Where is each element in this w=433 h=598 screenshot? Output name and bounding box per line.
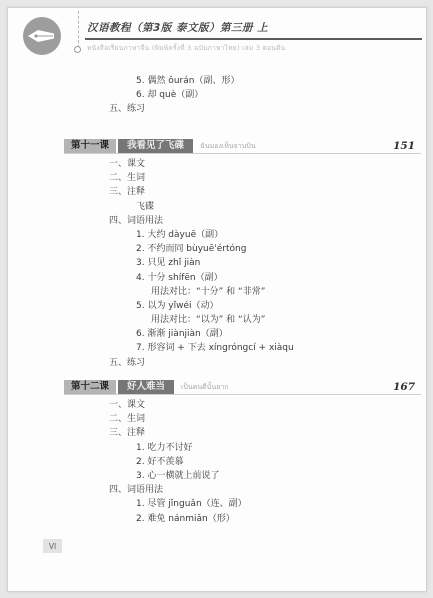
toc-item: 二、生词 [64, 171, 421, 185]
toc-item: 三、注释 [64, 185, 421, 199]
toc-item: 5. 偶然 ǒurán（副、形） [64, 74, 421, 88]
toc-item: 1. 吃力不讨好 [64, 441, 421, 455]
book-title-thai: หนังสือเรียนภาษาจีน (พิมพ์ครั้งที่ 3 ฉบั… [87, 43, 285, 53]
lesson-page-number: 151 [393, 139, 415, 153]
toc-item: 1. 尽管 jǐnguǎn（连、副） [64, 497, 421, 511]
publisher-logo [23, 17, 61, 55]
lesson-title-badge: 好人难当 [118, 380, 174, 394]
toc-item: 三、注释 [64, 426, 421, 440]
toc-item: 7. 形容词 + 下去 xíngróngcí + xiàqu [64, 341, 421, 355]
toc-item: 用法对比：“以为” 和 “认为” [64, 313, 421, 327]
book-title: 汉语教程（第3版 泰文版）第三册 上 [87, 20, 268, 35]
dashed-divider [78, 11, 79, 48]
toc-item: 一、课文 [64, 157, 421, 171]
toc-item: 1. 大约 dàyuē（副） [64, 228, 421, 242]
toc-item: 6. 却 què（副） [64, 88, 421, 102]
header-rule [85, 38, 422, 40]
toc-item: 五、练习 [64, 102, 421, 116]
toc-item: 用法对比：“十分” 和 “非常” [64, 285, 421, 299]
toc-item: 3. 只见 zhǐ jiàn [64, 256, 421, 270]
lesson-11-header: 第十一课我看见了飞碟ฉันมองเห็นจานบิน 151 [64, 139, 421, 154]
lesson-11-items: 一、课文 二、生词 三、注释 飞碟 四、词语用法 1. 大约 dàyuē（副） … [64, 157, 421, 370]
toc-item: 2. 难免 nánmiǎn（形） [64, 512, 421, 526]
toc-item: 3. 心一横就上前说了 [64, 469, 421, 483]
lesson-number-badge: 第十二课 [64, 380, 116, 394]
lesson-title-thai: เป็นคนดีนั้นยาก [181, 380, 228, 394]
lesson-12-header: 第十二课好人难当เป็นคนดีนั้นยาก 167 [64, 380, 421, 395]
divider-dot [74, 46, 81, 53]
toc-item: 6. 渐渐 jiànjiàn（副） [64, 327, 421, 341]
lesson-page-number: 167 [393, 380, 415, 394]
toc-item: 四、词语用法 [64, 483, 421, 497]
toc-item: 4. 十分 shífēn（副） [64, 271, 421, 285]
toc-item: 四、词语用法 [64, 214, 421, 228]
toc-previous-lesson-tail: 5. 偶然 ǒurán（副、形） 6. 却 què（副） 五、练习 [64, 74, 421, 117]
toc-item: 2. 好不羡慕 [64, 455, 421, 469]
toc-item: 2. 不约而同 bùyuē'értóng [64, 242, 421, 256]
toc-item: 一、课文 [64, 398, 421, 412]
toc-item: 五、练习 [64, 356, 421, 370]
page-number-box: VI [43, 539, 62, 553]
lesson-number-badge: 第十一课 [64, 139, 116, 153]
lesson-title-thai: ฉันมองเห็นจานบิน [200, 139, 256, 153]
book-page: 汉语教程（第3版 泰文版）第三册 上 หนังสือเรียนภาษาจีน (… [7, 7, 427, 592]
lesson-12-items: 一、课文 二、生词 三、注释 1. 吃力不讨好 2. 好不羡慕 3. 心一横就上… [64, 398, 421, 526]
lesson-title-badge: 我看见了飞碟 [118, 139, 193, 153]
toc-item: 5. 以为 yǐwéi（动） [64, 299, 421, 313]
toc-item: 二、生词 [64, 412, 421, 426]
pen-nib-icon [27, 26, 57, 46]
toc-item: 飞碟 [64, 200, 421, 214]
